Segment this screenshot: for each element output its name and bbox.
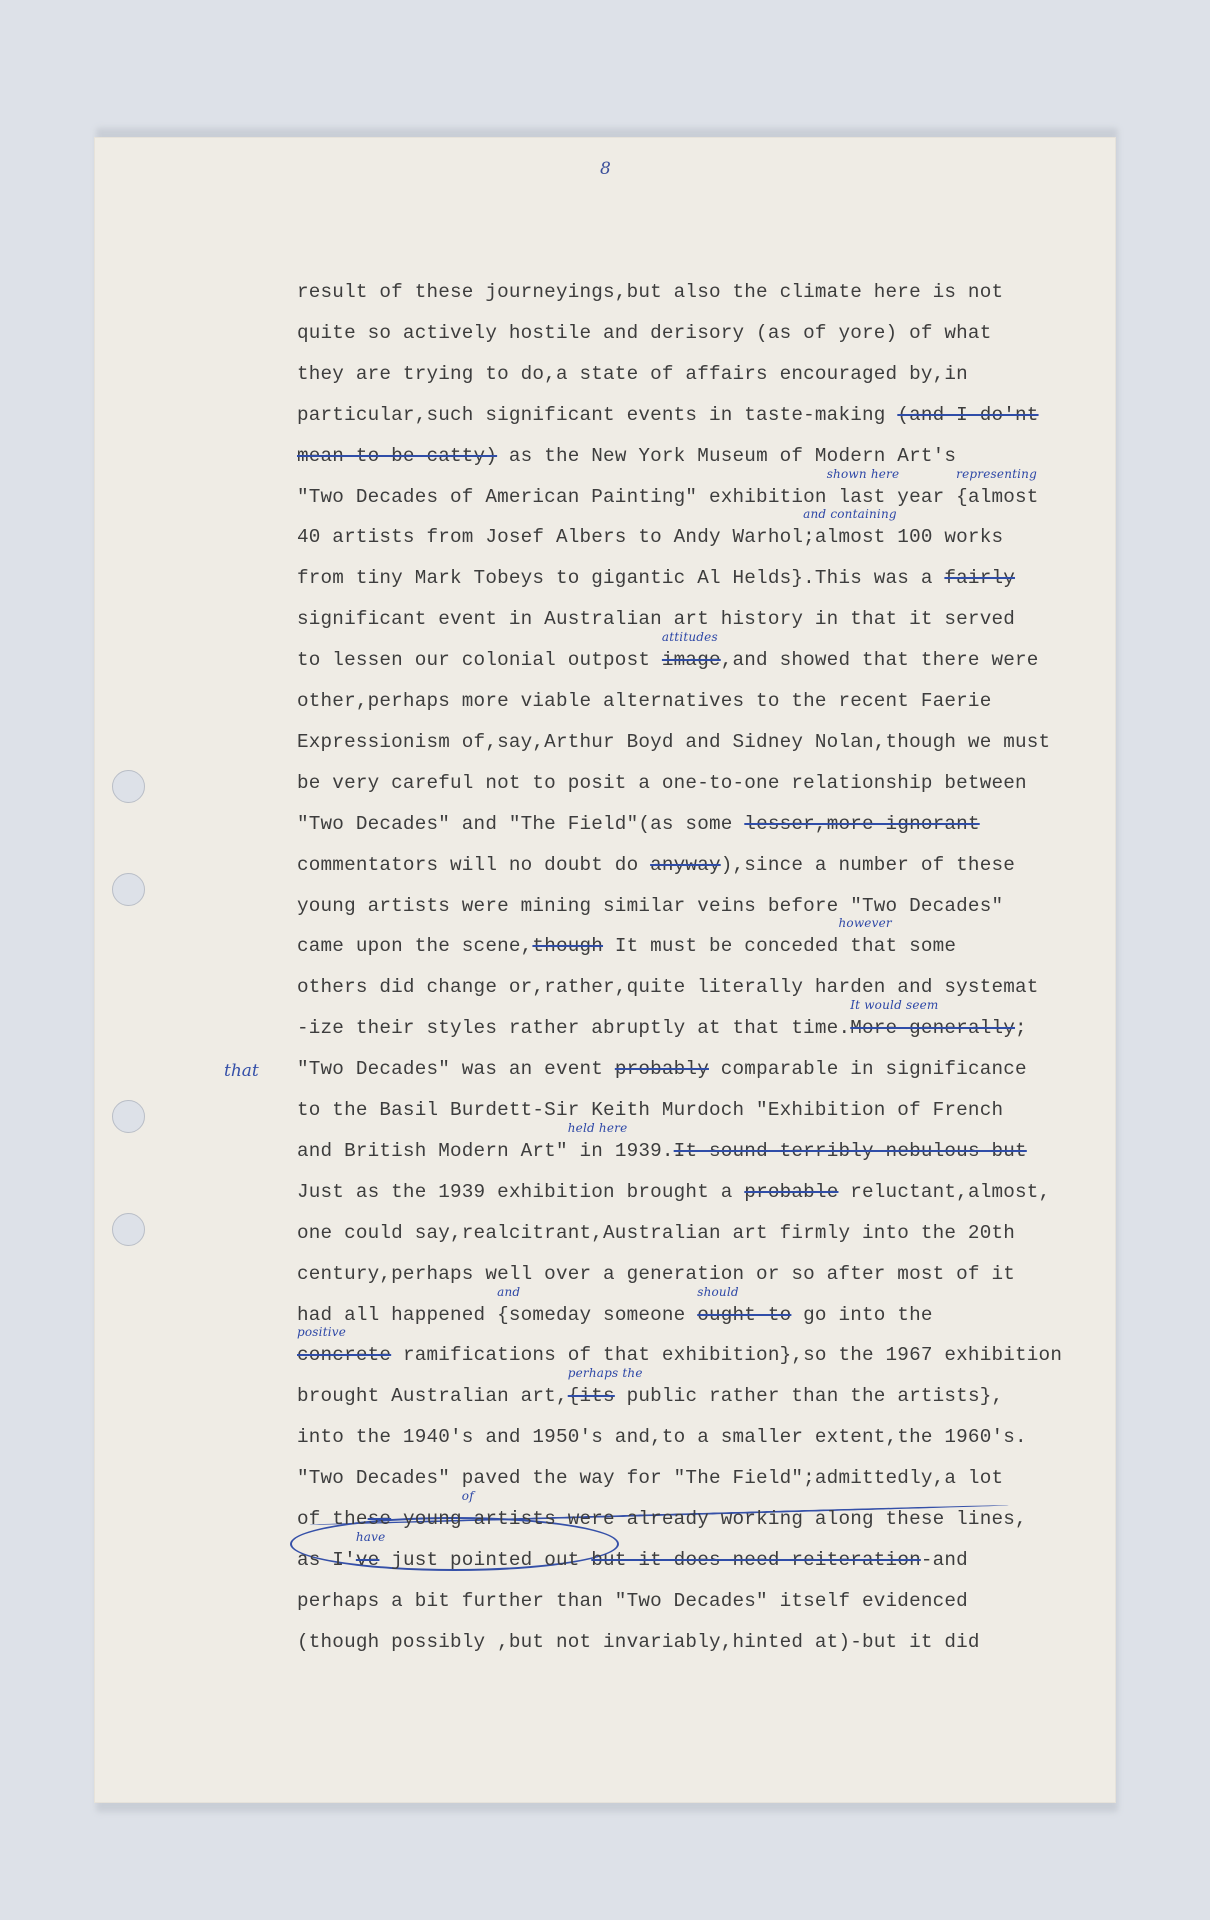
typed-text: comparable in significance xyxy=(709,1058,1027,1080)
handwritten-insertion: held here xyxy=(568,1122,628,1134)
typed-text: be very careful not to posit a one-to-on… xyxy=(297,772,1027,794)
typed-text: go into the xyxy=(791,1304,932,1326)
typed-text: into the 1940's and 1950's and,to a smal… xyxy=(297,1426,1027,1448)
typed-text: others did change or,rather,quite litera… xyxy=(297,976,1039,998)
handwritten-insertion: should xyxy=(697,1286,739,1298)
struck-text: {itsperhaps the xyxy=(568,1385,615,1407)
handwritten-insertion: It would seem xyxy=(850,999,938,1011)
text-line: "Two Decades" paved the way for "The Fie… xyxy=(297,1463,1003,1493)
typed-text: to lessen our colonial outpost xyxy=(297,649,662,671)
text-line: "Two Decades" and "The Field"(as some le… xyxy=(297,809,980,839)
typed-text: result of these journeyings,but also the… xyxy=(297,281,1003,303)
typed-text: "Two Decades" and "The Field"(as some xyxy=(297,813,744,835)
typed-text: just pointed out xyxy=(379,1549,591,1571)
typed-text: had all happened xyxy=(297,1304,497,1326)
handwritten-insertion: attitudes xyxy=(662,631,718,643)
typed-text: in 1939.held here xyxy=(568,1140,674,1162)
text-line: perhaps a bit further than "Two Decades"… xyxy=(297,1586,968,1616)
typed-text: perhaps a bit further than "Two Decades"… xyxy=(297,1590,968,1612)
text-line: into the 1940's and 1950's and,to a smal… xyxy=(297,1422,1027,1452)
typed-text: ramifications of that exhibition},so the… xyxy=(391,1344,1062,1366)
page-number: 8 xyxy=(600,159,611,179)
handwritten-insertion: have xyxy=(356,1531,386,1543)
text-line: other,perhaps more viable alternatives t… xyxy=(297,686,991,716)
typed-text: as I' xyxy=(297,1549,356,1571)
handwritten-insertion: representing xyxy=(956,468,1037,480)
struck-text: though xyxy=(532,935,603,957)
typed-text: quite so actively hostile and derisory (… xyxy=(297,322,991,344)
struck-text: lesser,more ignorant xyxy=(744,813,979,835)
struck-text: fairly xyxy=(944,567,1015,589)
typed-text: particular,such significant events in ta… xyxy=(297,404,897,426)
text-line: to lessen our colonial outpost imageatti… xyxy=(297,645,1039,675)
typed-text: It must be conceded xyxy=(603,935,838,957)
typed-text: and British Modern Art" xyxy=(297,1140,568,1162)
struck-text: se xyxy=(368,1508,392,1530)
text-line: be very careful not to posit a one-to-on… xyxy=(297,768,1027,798)
typed-text: significant event in Australian art hist… xyxy=(297,608,1015,630)
typed-text: "Two Decades" paved the way for "The Fie… xyxy=(297,1467,1003,1489)
typed-text: as the New York Museum of Modern Art's xyxy=(497,445,956,467)
typed-text: Just as the 1939 exhibition brought a xyxy=(297,1181,744,1203)
punch-hole xyxy=(112,1213,145,1246)
struck-text: It sound terribly nebulous but xyxy=(674,1140,1027,1162)
text-line: significant event in Australian art hist… xyxy=(297,604,1015,634)
typed-text: -and xyxy=(921,1549,968,1571)
text-line: quite so actively hostile and derisory (… xyxy=(297,318,991,348)
typed-text: century,perhaps well over a generation o… xyxy=(297,1263,1015,1285)
typed-text: from tiny Mark Tobeys to gigantic Al Hel… xyxy=(297,567,944,589)
struck-text: (and I do'nt xyxy=(897,404,1038,426)
text-line: as I'vehave just pointed out but it does… xyxy=(297,1545,968,1575)
typewritten-page: 8 that result of these journeyings,but a… xyxy=(94,137,1116,1803)
typed-text: public rather than the artists}, xyxy=(615,1385,1003,1407)
text-line: brought Australian art,{itsperhaps the p… xyxy=(297,1381,1003,1411)
typed-text: {someday someone and xyxy=(497,1304,697,1326)
typed-text: brought Australian art, xyxy=(297,1385,568,1407)
handwritten-insertion: perhaps the xyxy=(568,1367,643,1379)
text-line: young artists were mining similar veins … xyxy=(297,891,1003,921)
text-line: -ize their styles rather abruptly at tha… xyxy=(297,1013,1027,1043)
punch-hole xyxy=(112,873,145,906)
typed-text: -ize their styles rather abruptly at tha… xyxy=(297,1017,850,1039)
typed-text: (though possibly ,but not invariably,hin… xyxy=(297,1631,980,1653)
text-line: of these young artists were already work… xyxy=(297,1504,1027,1534)
struck-text: imageattitudes xyxy=(662,649,721,671)
typed-text: that somehowever xyxy=(838,935,956,957)
typed-text: came upon the scene, xyxy=(297,935,532,957)
text-line: came upon the scene,though It must be co… xyxy=(297,931,956,961)
typed-text: reluctant,almost, xyxy=(838,1181,1050,1203)
typed-text: "Two Decades" was an event xyxy=(297,1058,615,1080)
typed-text: young artists were mining similar veins … xyxy=(297,895,1003,917)
typed-text: other,perhaps more viable alternatives t… xyxy=(297,690,991,712)
handwritten-insertion: and containing xyxy=(803,508,897,520)
typed-text: young xyxy=(391,1508,462,1530)
struck-text: anyway xyxy=(650,854,721,876)
typed-text: artists were already working along these… xyxy=(462,1508,1027,1530)
punch-hole xyxy=(112,1100,145,1133)
text-line: and British Modern Art" in 1939.held her… xyxy=(297,1136,1027,1166)
text-line: (though possibly ,but not invariably,hin… xyxy=(297,1627,980,1657)
punch-hole xyxy=(112,770,145,803)
typed-text: ; xyxy=(1015,1017,1027,1039)
text-line: result of these journeyings,but also the… xyxy=(297,277,1003,307)
handwritten-insertion: of xyxy=(462,1490,474,1502)
typed-text: commentators will no doubt do xyxy=(297,854,650,876)
struck-text: probably xyxy=(615,1058,709,1080)
text-line: "Two Decades" was an event probably comp… xyxy=(297,1054,1027,1084)
text-line: Expressionism of,say,Arthur Boyd and Sid… xyxy=(297,727,1050,757)
struck-text: probable xyxy=(744,1181,838,1203)
text-line: one could say,realcitrant,Australian art… xyxy=(297,1218,1015,1248)
handwritten-insertion: however xyxy=(838,917,891,929)
text-line: "Two Decades of American Painting" exhib… xyxy=(297,482,1039,512)
struck-text: vehave xyxy=(356,1549,380,1571)
text-line: century,perhaps well over a generation o… xyxy=(297,1259,1015,1289)
typed-text: ;almost 100 worksand containing xyxy=(803,526,1003,548)
struck-text: ought toshould xyxy=(697,1304,791,1326)
handwritten-insertion: positive xyxy=(297,1326,346,1338)
typed-text: ),since a number of these xyxy=(721,854,1015,876)
typed-text: {almostrepresenting xyxy=(956,486,1038,508)
text-line: 40 artists from Josef Albers to Andy War… xyxy=(297,522,1003,552)
typed-text: they are trying to do,a state of affairs… xyxy=(297,363,968,385)
text-line: concretepositive ramifications of that e… xyxy=(297,1340,1062,1370)
typed-text: to the Basil Burdett-Sir Keith Murdoch "… xyxy=(297,1099,1003,1121)
text-line: Just as the 1939 exhibition brought a pr… xyxy=(297,1177,1050,1207)
typed-text: of the xyxy=(297,1508,368,1530)
text-line: to the Basil Burdett-Sir Keith Murdoch "… xyxy=(297,1095,1003,1125)
typed-text: Expressionism of,say,Arthur Boyd and Sid… xyxy=(297,731,1050,753)
handwritten-insertion: and xyxy=(497,1286,520,1298)
typed-text: one could say,realcitrant,Australian art… xyxy=(297,1222,1015,1244)
typed-text: "Two Decades of American Painting" exhib… xyxy=(297,486,827,508)
typed-text: ,and showed that there were xyxy=(721,649,1039,671)
text-line: they are trying to do,a state of affairs… xyxy=(297,359,968,389)
typed-text: last year shown here xyxy=(827,486,956,508)
text-line: had all happened {someday someone andoug… xyxy=(297,1300,933,1330)
struck-text: concretepositive xyxy=(297,1344,391,1366)
text-line: from tiny Mark Tobeys to gigantic Al Hel… xyxy=(297,563,1015,593)
struck-text: but it does need reiteration xyxy=(591,1549,921,1571)
handwritten-insertion: shown here xyxy=(827,468,900,480)
margin-annotation: that xyxy=(224,1061,259,1081)
typed-text: 40 artists from Josef Albers to Andy War… xyxy=(297,526,803,548)
text-line: commentators will no doubt do anyway),si… xyxy=(297,850,1015,880)
struck-text: mean to be catty) xyxy=(297,445,497,467)
struck-text: More generallyIt would seem xyxy=(850,1017,1015,1039)
text-line: particular,such significant events in ta… xyxy=(297,400,1039,430)
